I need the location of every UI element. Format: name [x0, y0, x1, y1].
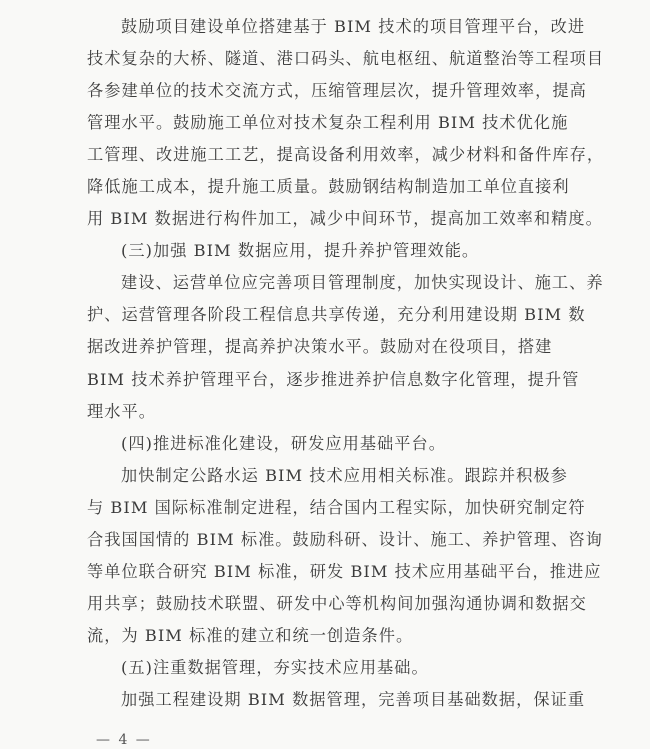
paragraph-line: 建设、运营单位应完善项目管理制度，加快实现设计、施工、养	[87, 267, 571, 299]
paragraph-line: 用共享；鼓励技术联盟、研发中心等机构间加强沟通协调和数据交	[87, 588, 571, 620]
paragraph-line: 护、运营管理各阶段工程信息共享传递，充分利用建设期 BIM 数	[87, 299, 571, 331]
document-body: 鼓励项目建设单位搭建基于 BIM 技术的项目管理平台，改进 技术复杂的大桥、隧道…	[87, 11, 571, 716]
paragraph-line: BIM 技术养护管理平台，逐步推进养护信息数字化管理，提升管	[87, 364, 571, 396]
paragraph-line: 加强工程建设期 BIM 数据管理，完善项目基础数据，保证重	[87, 684, 571, 716]
paragraph-line: 管理水平。鼓励施工单位对技术复杂工程利用 BIM 技术优化施	[87, 107, 571, 139]
paragraph-line: 流，为 BIM 标准的建立和统一创造条件。	[87, 620, 571, 652]
paragraph-line: 工管理、改进施工工艺，提高设备利用效率，减少材料和备件库存，	[87, 139, 571, 171]
paragraph-line: 与 BIM 国际标准制定进程，结合国内工程实际，加快研究制定符	[87, 492, 571, 524]
paragraph-line: 降低施工成本，提升施工质量。鼓励钢结构制造加工单位直接利	[87, 171, 571, 203]
paragraph-line: 等单位联合研究 BIM 标准，研发 BIM 技术应用基础平台，推进应	[87, 556, 571, 588]
section-heading-4: (四)推进标准化建设，研发应用基础平台。	[87, 428, 571, 460]
paragraph-line: 理水平。	[87, 396, 571, 428]
paragraph-line: 鼓励项目建设单位搭建基于 BIM 技术的项目管理平台，改进	[87, 11, 571, 43]
page-number: — 4 —	[96, 730, 152, 749]
paragraph-line: 技术复杂的大桥、隧道、港口码头、航电枢纽、航道整治等工程项目	[87, 43, 571, 75]
paragraph-line: 用 BIM 数据进行构件加工，减少中间环节，提高加工效率和精度。	[87, 203, 571, 235]
paragraph-line: 各参建单位的技术交流方式，压缩管理层次，提升管理效率，提高	[87, 75, 571, 107]
paragraph-line: 合我国国情的 BIM 标准。鼓励科研、设计、施工、养护管理、咨询	[87, 524, 571, 556]
section-heading-5: (五)注重数据管理，夯实技术应用基础。	[87, 652, 571, 684]
document-page: 鼓励项目建设单位搭建基于 BIM 技术的项目管理平台，改进 技术复杂的大桥、隧道…	[0, 0, 650, 749]
section-heading-3: (三)加强 BIM 数据应用，提升养护管理效能。	[87, 235, 571, 267]
paragraph-line: 据改进养护管理，提高养护决策水平。鼓励对在役项目，搭建	[87, 331, 571, 363]
paragraph-line: 加快制定公路水运 BIM 技术应用相关标准。跟踪并积极参	[87, 460, 571, 492]
